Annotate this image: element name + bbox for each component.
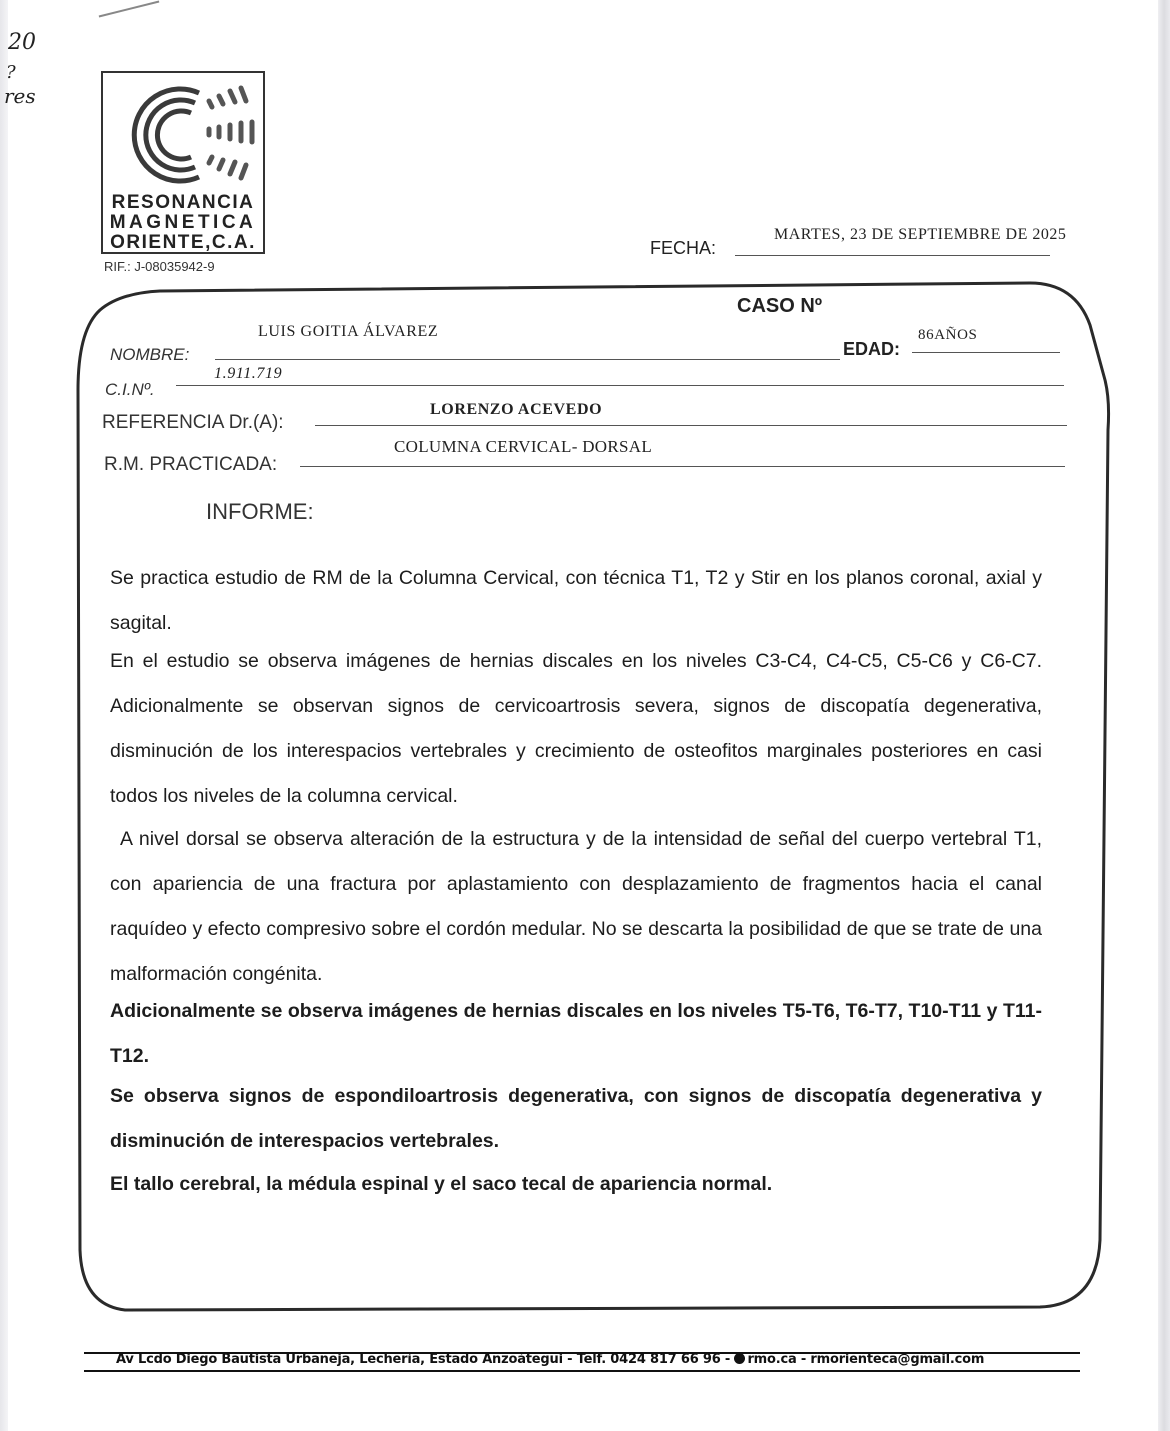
scan-edge-right xyxy=(1158,0,1170,1431)
logo-line-3: ORIENTE,C.A. xyxy=(103,233,263,253)
footer-web: rmo.ca xyxy=(747,1352,796,1367)
company-logo: RESONANCIA MAGNETICA ORIENTE,C.A. xyxy=(101,71,265,254)
referencia-underline xyxy=(315,425,1067,426)
ci-underline xyxy=(176,385,1064,386)
ci-label: C.I.Nº. xyxy=(105,380,155,400)
margin-note: ? xyxy=(6,62,16,83)
rm-label: R.M. PRACTICADA: xyxy=(104,454,277,476)
referencia-value: LORENZO ACEVEDO xyxy=(430,401,602,419)
instagram-icon xyxy=(734,1353,745,1364)
nombre-underline xyxy=(215,359,840,360)
edad-label: EDAD: xyxy=(843,339,900,360)
informe-heading: INFORME: xyxy=(206,499,314,525)
caso-number-label: CASO Nº xyxy=(737,295,822,318)
ci-value: 1.911.719 xyxy=(214,365,282,383)
footer-rule-bottom xyxy=(84,1370,1080,1372)
rm-value: COLUMNA CERVICAL- DORSAL xyxy=(394,437,652,457)
magnet-c-icon xyxy=(111,79,261,191)
margin-note: res xyxy=(4,84,36,108)
referencia-label: REFERENCIA Dr.(A): xyxy=(102,412,284,434)
edad-underline xyxy=(912,352,1060,353)
report-paragraph: Se observa signos de espondiloartrosis d… xyxy=(110,1074,1042,1164)
report-paragraph: El tallo cerebral, la médula espinal y e… xyxy=(110,1162,1042,1207)
pen-stroke xyxy=(99,1,160,18)
scan-edge-left xyxy=(0,0,8,1431)
footer-address: Av Lcdo Diego Bautista Urbaneja, Lecherí… xyxy=(116,1352,563,1367)
fecha-label: FECHA: xyxy=(650,238,716,259)
footer-contact: Av Lcdo Diego Bautista Urbaneja, Lecherí… xyxy=(116,1352,984,1367)
logo-line-2: MAGNETICA xyxy=(103,213,263,233)
logo-line-1: RESONANCIA xyxy=(103,193,263,213)
report-paragraph: Adicionalmente se observa imágenes de he… xyxy=(110,989,1042,1079)
report-paragraph: En el estudio se observa imágenes de her… xyxy=(110,639,1042,819)
fecha-underline xyxy=(735,255,1050,256)
report-paragraph: A nivel dorsal se observa alteración de … xyxy=(110,817,1042,997)
nombre-label: NOMBRE: xyxy=(110,345,189,365)
fecha-value: MARTES, 23 DE SEPTIEMBRE DE 2025 xyxy=(774,226,1066,244)
footer-email: rmorienteca@gmail.com xyxy=(810,1352,984,1367)
footer-phone: Telf. 0424 817 66 96 xyxy=(577,1352,721,1367)
report-paragraph: Se practica estudio de RM de la Columna … xyxy=(110,556,1042,646)
rm-underline xyxy=(300,466,1065,467)
margin-note: 20 xyxy=(8,30,36,55)
edad-value: 86AÑOS xyxy=(918,327,977,344)
rif-number: RIF.: J-08035942-9 xyxy=(104,259,215,274)
nombre-value: LUIS GOITIA ÁLVAREZ xyxy=(258,323,438,341)
